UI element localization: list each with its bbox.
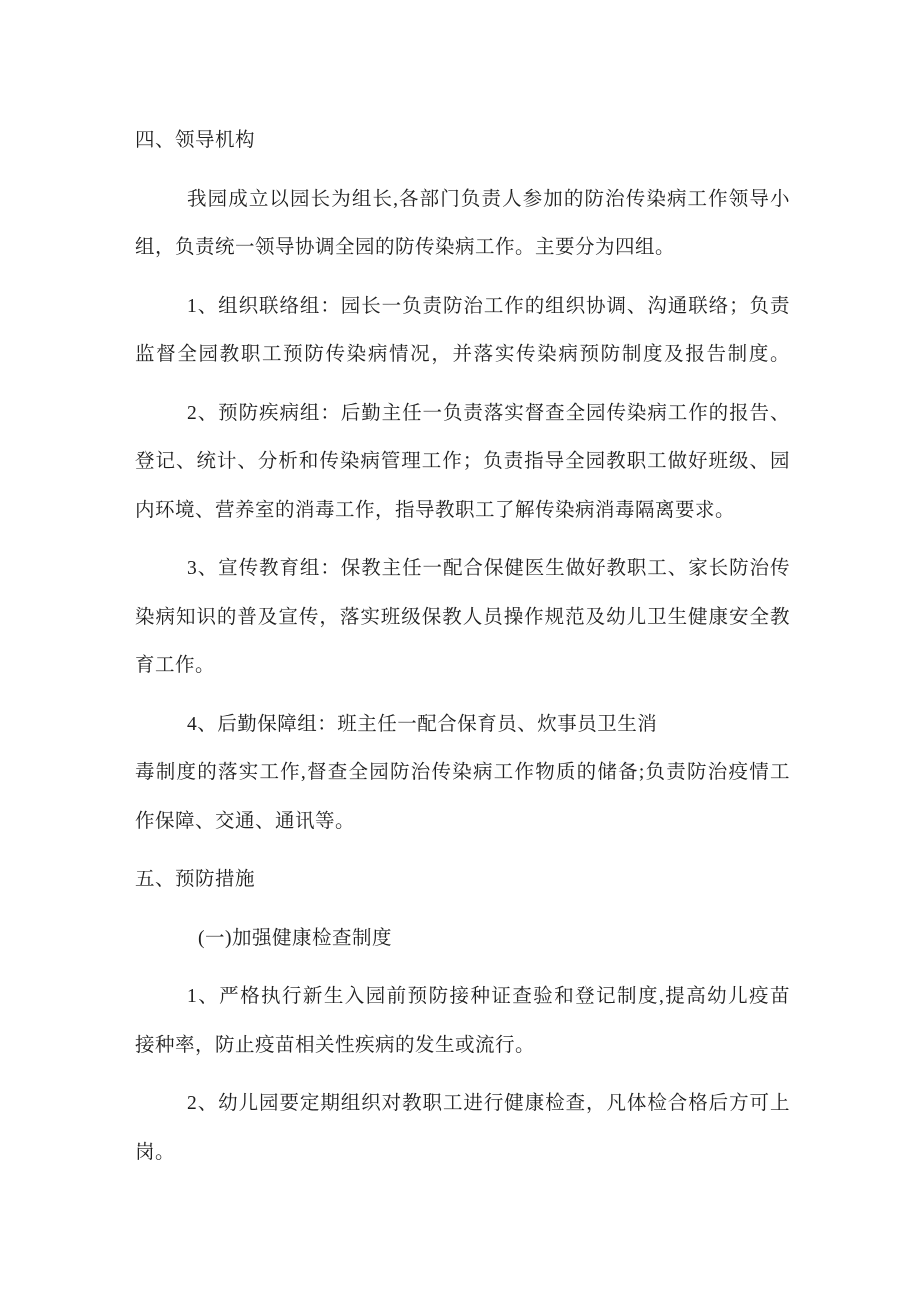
text-line: 岗。 — [135, 1129, 790, 1178]
document-content: 四、领导机构我园成立以园长为组长,各部门负责人参加的防治传染病工作领导小组，负责… — [135, 117, 790, 1177]
text-line: 组，负责统一领导协调全园的防传染病工作。主要分为四组。 — [135, 224, 790, 273]
text-line: 监督全园教职工预防传染病情况，并落实传染病预防制度及报告制度。 — [135, 331, 790, 380]
text-line: 2、幼儿园要定期组织对教职工进行健康检查，凡体检合格后方可上 — [135, 1080, 790, 1129]
text-line: 接种率，防止疫苗相关性疾病的发生或流行。 — [135, 1022, 790, 1071]
text-line: 1、组织联络组：园长一负责防治工作的组织协调、沟通联络；负责 — [135, 283, 790, 332]
paragraph: 1、组织联络组：园长一负责防治工作的组织协调、沟通联络；负责监督全园教职工预防传… — [135, 283, 790, 380]
document-page: 四、领导机构我园成立以园长为组长,各部门负责人参加的防治传染病工作领导小组，负责… — [0, 0, 920, 1301]
paragraph: 4、后勤保障组：班主任一配合保育员、炊事员卫生消毒制度的落实工作,督查全园防治传… — [135, 701, 790, 847]
text-line: 作保障、交通、通讯等。 — [135, 798, 790, 847]
paragraph: 2、预防疾病组：后勤主任一负责落实督查全园传染病工作的报告、登记、统计、分析和传… — [135, 390, 790, 536]
text-line: 染病知识的普及宣传，落实班级保教人员操作规范及幼儿卫生健康安全教 — [135, 594, 790, 643]
section-heading: 五、预防措施 — [135, 856, 790, 905]
sub-heading: (一)加强健康检查制度 — [135, 915, 790, 964]
text-line: 四、领导机构 — [135, 117, 790, 166]
paragraph: 我园成立以园长为组长,各部门负责人参加的防治传染病工作领导小组，负责统一领导协调… — [135, 176, 790, 273]
section-heading: 四、领导机构 — [135, 117, 790, 166]
paragraph: 3、宣传教育组：保教主任一配合保健医生做好教职工、家长防治传染病知识的普及宣传，… — [135, 545, 790, 691]
text-line: 登记、统计、分析和传染病管理工作；负责指导全园教职工做好班级、园 — [135, 438, 790, 487]
text-line: 毒制度的落实工作,督查全园防治传染病工作物质的储备;负责防治疫情工 — [135, 749, 790, 798]
paragraph: 2、幼儿园要定期组织对教职工进行健康检查，凡体检合格后方可上岗。 — [135, 1080, 790, 1177]
text-line: 内环境、营养室的消毒工作，指导教职工了解传染病消毒隔离要求。 — [135, 487, 790, 536]
text-line: 育工作。 — [135, 642, 790, 691]
text-line: 3、宣传教育组：保教主任一配合保健医生做好教职工、家长防治传 — [135, 545, 790, 594]
text-line: 五、预防措施 — [135, 856, 790, 905]
paragraph: 1、严格执行新生入园前预防接种证查验和登记制度,提高幼儿疫苗接种率，防止疫苗相关… — [135, 973, 790, 1070]
text-line: 2、预防疾病组：后勤主任一负责落实督查全园传染病工作的报告、 — [135, 390, 790, 439]
text-line: 1、严格执行新生入园前预防接种证查验和登记制度,提高幼儿疫苗 — [135, 973, 790, 1022]
text-line: 4、后勤保障组：班主任一配合保育员、炊事员卫生消 — [135, 701, 790, 750]
text-line: 我园成立以园长为组长,各部门负责人参加的防治传染病工作领导小 — [135, 176, 790, 225]
text-line: (一)加强健康检查制度 — [135, 915, 790, 964]
